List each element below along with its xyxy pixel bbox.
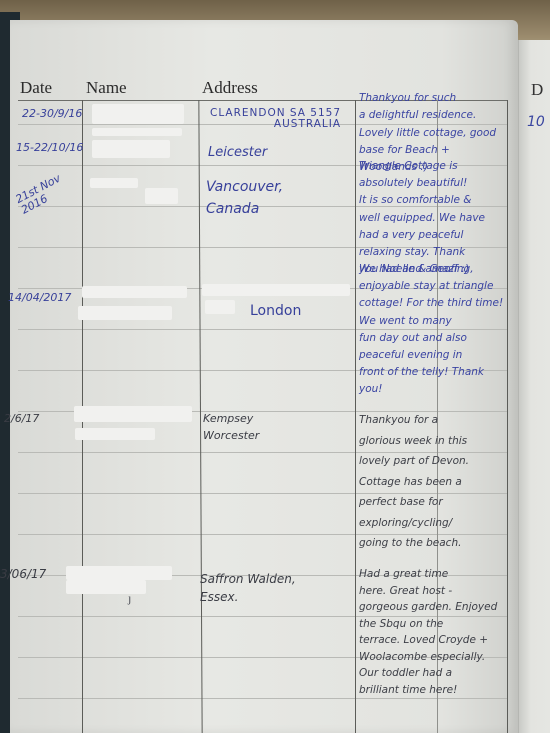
redacted-name (90, 178, 138, 188)
entry-comment: Thankyou for such a delightful residence… (359, 90, 507, 124)
entry-address: Saffron Walden, Essex. (200, 570, 296, 606)
entry-address: Kempsey Worcester (203, 410, 259, 444)
redacted-name (92, 140, 170, 158)
facing-page-date-header: D (531, 80, 543, 100)
entry-date: 22-30/9/16 (22, 108, 82, 119)
ruled-line (18, 698, 508, 699)
redacted-address-line (202, 284, 350, 296)
entry-address: Vancouver, Canada (206, 176, 283, 220)
redacted-name (75, 428, 155, 440)
redacted-name (66, 580, 146, 594)
redacted-name (82, 286, 187, 298)
redacted-name (92, 104, 184, 124)
entry-address: Leicester (208, 146, 267, 159)
entry-date: 15-22/10/16 (16, 142, 83, 153)
entry-address: CLARENDON SA 5157 AUSTRALIA (210, 108, 341, 130)
column-header-date: Date (20, 78, 52, 98)
column-header-name: Name (86, 78, 127, 98)
entry-date: 2/6/17 (4, 413, 39, 424)
redacted-name (92, 128, 182, 136)
entry-comment: We had and amazing, enjoyable stay at tr… (359, 261, 507, 399)
redacted-name (66, 566, 172, 580)
redacted-name (74, 406, 192, 422)
redacted-name (145, 188, 178, 204)
name-pen-stroke: ȷ (128, 592, 131, 604)
facing-page: D 10 (518, 40, 550, 733)
entry-address: London (250, 304, 301, 318)
column-header-address: Address (202, 78, 258, 98)
entry-comment: Had a great time here. Great host - gorg… (359, 566, 507, 698)
facing-page-first-entry: 10 (527, 114, 545, 130)
entry-date: 3/06/17 (0, 568, 46, 580)
redacted-name (78, 306, 172, 320)
entry-date: 14/04/2017 (8, 292, 71, 303)
column-divider-address-comments (355, 100, 356, 733)
entry-comment: Thankyou for a glorious week in this lov… (359, 410, 507, 554)
redacted-address-line (205, 300, 235, 314)
page-right-margin (507, 100, 508, 733)
